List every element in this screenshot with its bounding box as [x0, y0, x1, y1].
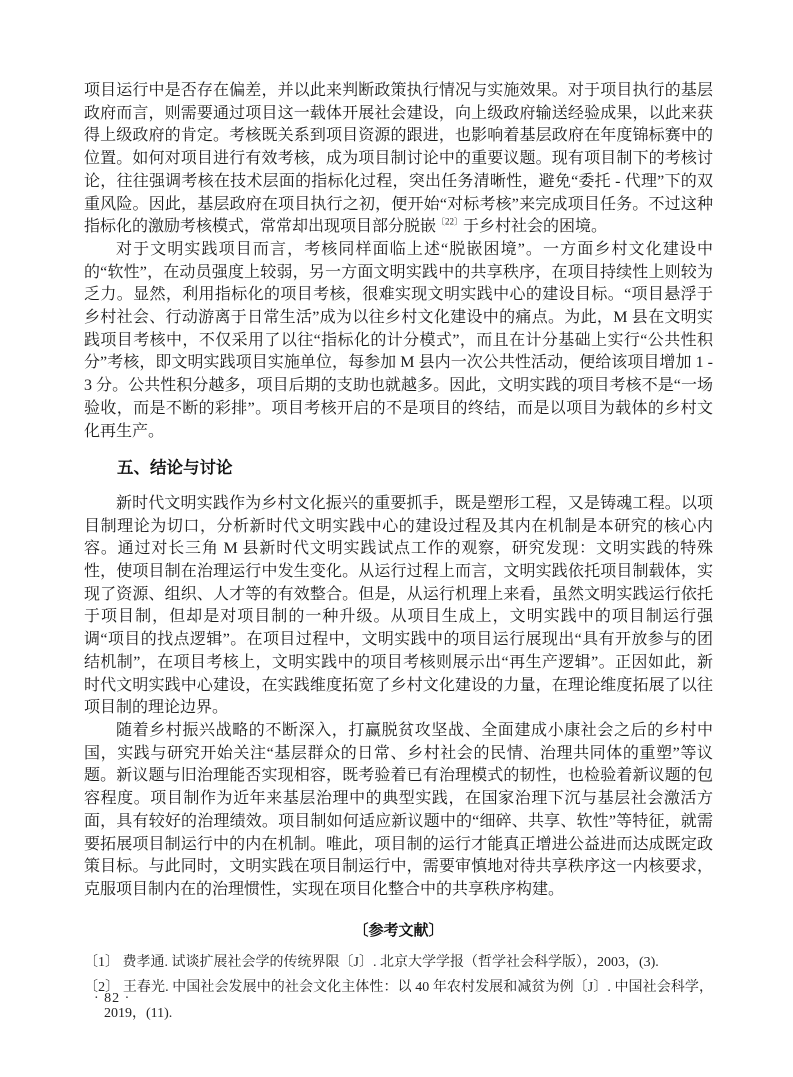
paragraph-civilization-practice-assessment: 对于文明实践项目而言，考核同样面临上述“脱嵌困境”。一方面乡村文化建设中的“软性… [84, 239, 713, 443]
page-content: 项目运行中是否存在偏差，并以此来判断政策执行情况与实施效果。对于项目执行的基层政… [84, 80, 713, 1026]
references-heading: 〔参考文献〕 [84, 919, 713, 943]
reference-item-1: 〔1〕 费孝通. 试谈扩展社会学的传统界限〔J〕. 北京大学学报（哲学社会科学版… [84, 950, 713, 976]
paragraph-project-assessment: 项目运行中是否存在偏差，并以此来判断政策执行情况与实施效果。对于项目执行的基层政… [84, 80, 713, 239]
paragraph-conclusion-2: 随着乡村振兴战略的不断深入，打赢脱贫攻坚战、全面建成小康社会之后的乡村中国，实践… [84, 720, 713, 902]
section-heading-conclusion: 五、结论与讨论 [84, 457, 713, 480]
references-section: 〔参考文献〕 〔1〕 费孝通. 试谈扩展社会学的传统界限〔J〕. 北京大学学报（… [84, 919, 713, 1027]
document-page: 项目运行中是否存在偏差，并以此来判断政策执行情况与实施效果。对于项目执行的基层政… [0, 0, 793, 1077]
paragraph-conclusion-1: 新时代文明实践作为乡村文化振兴的重要抓手，既是塑形工程，又是铸魂工程。以项目制理… [84, 493, 713, 720]
paragraph-text: 项目运行中是否存在偏差，并以此来判断政策执行情况与实施效果。对于项目执行的基层政… [84, 82, 713, 235]
page-number: · 82 · [94, 991, 130, 1007]
reference-item-2: 〔2〕 王春光. 中国社会发展中的社会文化主体性：以 40 年农村发展和减贫为例… [84, 975, 713, 1026]
footnote-marker-22: 〔22〕 [436, 217, 463, 227]
paragraph-text-continued: 于乡村社会的困境。 [463, 218, 607, 235]
